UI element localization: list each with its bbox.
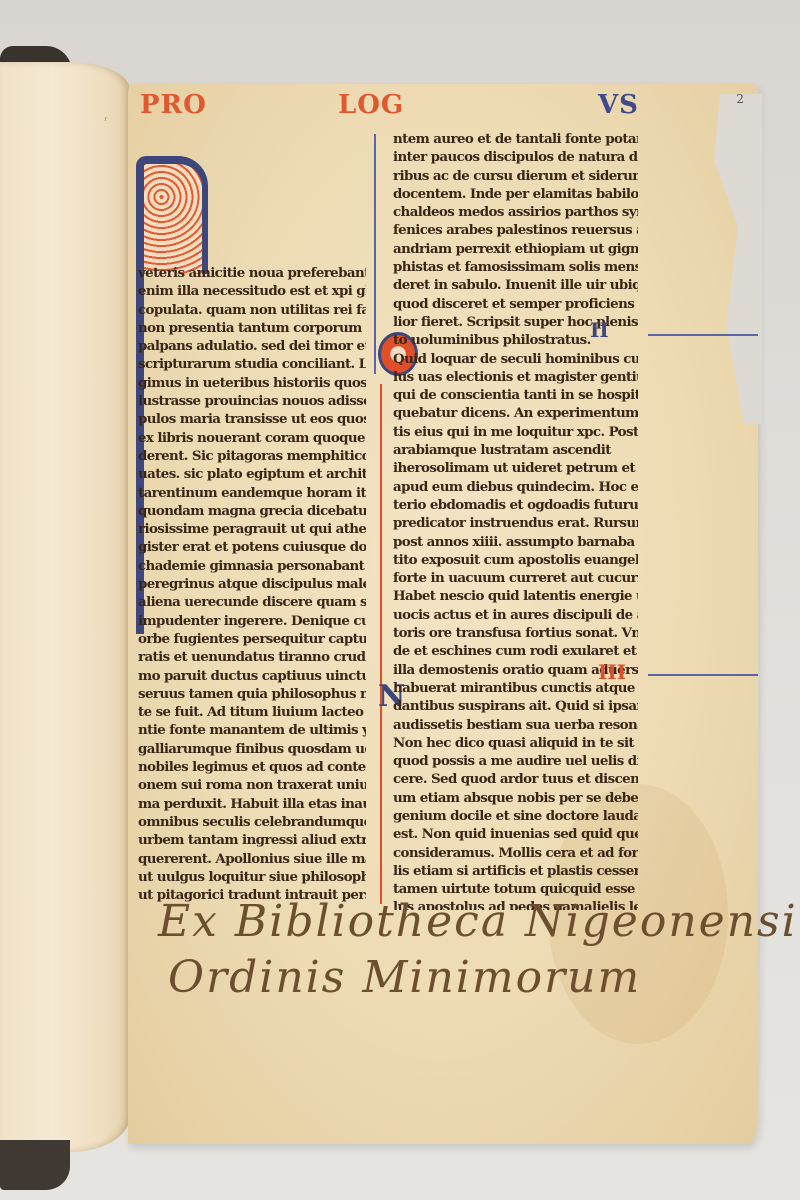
text-line: toris ore transfusa fortius sonat. Vn bbox=[393, 624, 638, 642]
text-line: ntie fonte manantem de ultimis yspanie bbox=[138, 721, 366, 739]
text-line: veteris amicitie noua preferebant. Vera bbox=[138, 264, 366, 282]
text-line: Habet nescio quid latentis energie uiue bbox=[393, 587, 638, 605]
text-line: derent. Sic pitagoras memphiticos bbox=[138, 447, 366, 465]
text-line: audissetis bestiam sua uerba resonantem. bbox=[393, 716, 638, 734]
text-line: ribus ac de cursu dierum et siderum audi… bbox=[393, 167, 638, 185]
text-line: ut uulgus loquitur siue philosophus bbox=[138, 868, 366, 886]
left-rolled-page: ʳ bbox=[0, 62, 130, 1152]
text-line: orbe fugientes persequitur captus a pi bbox=[138, 630, 366, 648]
text-line: arabiamque lustratam ascendit bbox=[393, 441, 638, 459]
text-line: inter paucos discipulos de natura de mo bbox=[393, 148, 638, 166]
text-line: galliarumque finibus quosdam uenisse bbox=[138, 740, 366, 758]
text-line: docentem. Inde per elamitas babilonios bbox=[393, 185, 638, 203]
text-line: predicator instruendus erat. Rursum bbox=[393, 514, 638, 532]
text-line: peregrinus atque discipulus malens bbox=[138, 575, 366, 593]
text-line: enim illa necessitudo est et xpi glutino bbox=[138, 282, 366, 300]
text-line: cere. Sed quod ardor tuus et discendi st… bbox=[393, 770, 638, 788]
text-line: apud eum diebus quindecim. Hoc enim mis bbox=[393, 478, 638, 496]
text-line: fenices arabes palestinos reuersus alex bbox=[393, 221, 638, 239]
text-line: quebatur dicens. An experimentum queri bbox=[393, 404, 638, 422]
text-line: seruus tamen quia philosophus maior emen bbox=[138, 685, 366, 703]
text-line: gister erat et potens cuiusque doctrinam… bbox=[138, 538, 366, 556]
running-header-left: PRO bbox=[140, 90, 207, 120]
text-line: Quid loquar de seculi hominibus cum apos… bbox=[393, 350, 638, 368]
text-column-right: ntem aureo et de tantali fonte potantemi… bbox=[393, 130, 638, 910]
text-line: uocis actus et in aures discipuli de auc bbox=[393, 606, 638, 624]
text-line: tarentinum eandemque horam italie que bbox=[138, 484, 366, 502]
blue-marginal-flourish-2 bbox=[648, 674, 758, 676]
torn-page-edge bbox=[702, 94, 762, 424]
text-line: mo paruit ductus captiuus uinctus et bbox=[138, 667, 366, 685]
text-line: aliena uerecunde discere quam sua bbox=[138, 593, 366, 611]
text-line: copulata. quam non utilitas rei familiar… bbox=[138, 301, 366, 319]
red-penwork-flourish bbox=[380, 384, 382, 904]
text-line: genium docile et sine doctore laudabile bbox=[393, 807, 638, 825]
manuscript-page: PRO LOG VS 2 veteris amicitie noua prefe… bbox=[128, 84, 758, 1144]
text-line: urbem tantam ingressi aliud extra urbem bbox=[138, 831, 366, 849]
text-line: scripturarum studia conciliant. Le bbox=[138, 355, 366, 373]
text-line: tito exposuit cum apostolis euangelium n… bbox=[393, 551, 638, 569]
text-line: lus uas electionis et magister gentium bbox=[393, 368, 638, 386]
text-line: ex libris nouerant coram quoque ui bbox=[138, 429, 366, 447]
text-line: nobiles legimus et quos ad contemplati bbox=[138, 758, 366, 776]
text-line: deret in sabulo. Inuenit ille uir ubique bbox=[393, 276, 638, 294]
text-line: uates. sic plato egiptum et architen bbox=[138, 465, 366, 483]
ownership-inscription-line-1: Ex Bibliotheca Nigeonensi bbox=[158, 896, 798, 947]
book-cover-bottom bbox=[0, 1140, 70, 1190]
page-mark: ʳ bbox=[104, 114, 108, 128]
text-line: omnibus seculis celebrandumque miraculum… bbox=[138, 813, 366, 831]
ownership-inscription-line-2: Ordinis Minimorum bbox=[168, 952, 641, 1003]
text-column-left: veteris amicitie noua preferebant. Verae… bbox=[138, 144, 366, 904]
running-header-right: VS bbox=[598, 90, 639, 120]
text-line: ma perduxit. Habuit illa etas inauditum bbox=[138, 795, 366, 813]
text-line: Non hec dico quasi aliquid in te sit tal… bbox=[393, 734, 638, 752]
text-line: onem sui roma non traxerat unius hominis… bbox=[138, 776, 366, 794]
text-line: lustrasse prouincias nouos adisse po bbox=[138, 392, 366, 410]
text-line: iherosolimam ut uideret petrum et mansit bbox=[393, 459, 638, 477]
text-line: non presentia tantum corporum non subdol… bbox=[138, 319, 366, 337]
text-line: chademie gimnasia personabant fieret bbox=[138, 557, 366, 575]
text-line: te se fuit. Ad titum liuium lacteo eloqu… bbox=[138, 703, 366, 721]
text-line: lis etiam si artificis et plastis cessen… bbox=[393, 862, 638, 880]
text-line: phistas et famosissimam solis mensam ui bbox=[393, 258, 638, 276]
text-line: tis eius qui in me loquitur xpc. Post da… bbox=[393, 423, 638, 441]
text-line: andriam perrexit ethiopiam ut gignoso bbox=[393, 240, 638, 258]
blue-penwork-flourish bbox=[374, 134, 376, 374]
text-line: est. Non quid inuenias sed quid queras bbox=[393, 825, 638, 843]
text-line: gimus in ueteribus historiis quosdam bbox=[138, 374, 366, 392]
text-line: ntem aureo et de tantali fonte potantem bbox=[393, 130, 638, 148]
text-line: ratis et uenundatus tiranno crudelissi bbox=[138, 648, 366, 666]
text-line: de et eschines cum rodi exularet et lege… bbox=[393, 642, 638, 660]
text-line: terio ebdomadis et ogdoadis futurus gent… bbox=[393, 496, 638, 514]
section-marker-ii: II bbox=[590, 320, 609, 340]
text-line: dantibus suspirans ait. Quid si ipsam bbox=[393, 697, 638, 715]
text-line: palpans adulatio. sed dei timor et diuin… bbox=[138, 337, 366, 355]
text-line: pulos maria transisse ut eos quos bbox=[138, 410, 366, 428]
text-line: forte in uacuum curreret aut cucurrisset… bbox=[393, 569, 638, 587]
text-line: quod possis a me audire uel uelis dis bbox=[393, 752, 638, 770]
folio-number: 2 bbox=[736, 92, 744, 106]
running-header-middle: LOG bbox=[338, 90, 404, 120]
blue-marginal-flourish bbox=[648, 334, 758, 336]
text-line: qui de conscientia tanti in se hospitis … bbox=[393, 386, 638, 404]
text-line: quod disceret et semper proficiens sempe… bbox=[393, 295, 638, 313]
text-line: riosissime peragrauit ut qui athenis ma bbox=[138, 520, 366, 538]
text-line: chaldeos medos assirios parthos syros bbox=[393, 203, 638, 221]
text-line: quondam magna grecia dicebatur labo bbox=[138, 502, 366, 520]
section-marker-iii: III bbox=[598, 662, 626, 682]
text-line: um etiam absque nobis per se debeat prob… bbox=[393, 789, 638, 807]
text-line: quererent. Apollonius siue ille magus bbox=[138, 850, 366, 868]
text-line: post annos xiiii. assumpto barnaba et bbox=[393, 533, 638, 551]
text-line: consideramus. Mollis cera et ad formandu… bbox=[393, 844, 638, 862]
text-line: impudenter ingerere. Denique cum littera… bbox=[138, 612, 366, 630]
